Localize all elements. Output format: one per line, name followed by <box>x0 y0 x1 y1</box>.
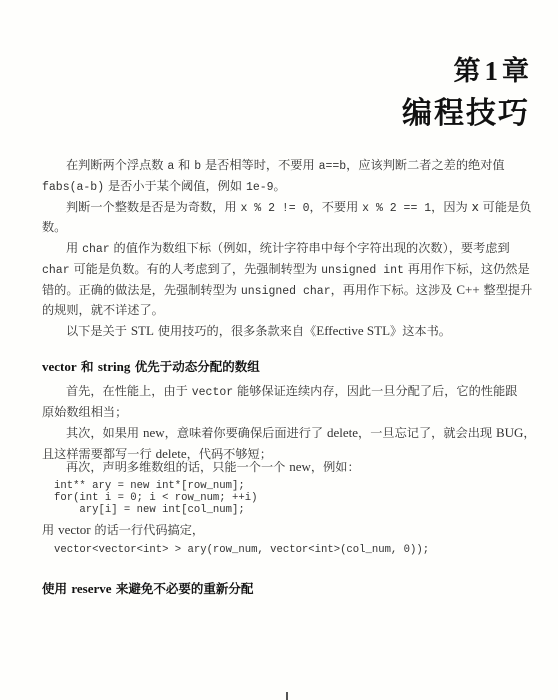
text: 使用技巧的，很多条款来自《 <box>154 324 316 338</box>
text: ，不要用 <box>310 200 363 214</box>
code-inline: unsigned char <box>241 285 331 298</box>
text: 其次，如果用 <box>66 426 143 440</box>
chapter-prefix: 第 <box>454 56 482 87</box>
paragraph-line: fabs(a-b) 是否小于某个阈值，例如 1e-9。 <box>42 178 286 196</box>
text: ， <box>523 426 535 440</box>
text-latin: BUG <box>496 425 523 440</box>
text-latin: reserve <box>71 581 111 596</box>
text: 是否小于某个阈值，例如 <box>104 179 246 193</box>
section-heading: vector 和 string 优先于动态分配的数组 <box>42 357 260 375</box>
text: 用 <box>66 241 82 255</box>
chapter-title: 编程技巧 <box>402 88 530 132</box>
text: 用 <box>42 523 58 537</box>
text: 能够保证连续内存，因此一旦分配了后，它的性能跟 <box>233 384 517 398</box>
text-latin: vector <box>42 359 77 374</box>
paragraph-line: 以下是关于 STL 使用技巧的，很多条款来自《Effective STL》这本书… <box>66 323 451 339</box>
text: 首先，在性能上，由于 <box>66 384 192 398</box>
text: 来避免不必要的重新分配 <box>112 581 254 596</box>
text: 可能是负数。有的人考虑到了，先强制转型为 <box>70 262 322 276</box>
text: 和 <box>77 359 98 374</box>
code-inline: fabs(a-b) <box>42 181 104 194</box>
text-latin: delete <box>327 425 358 440</box>
code-line: ary[i] = new int[col_num]; <box>54 504 245 517</box>
text-latin: STL <box>131 323 154 338</box>
paragraph-line: char 可能是负数。有的人考虑到了，先强制转型为 unsigned int 再… <box>42 261 530 279</box>
paragraph-line: 错的。正确的做法是，先强制转型为 unsigned char，再用作下标。这涉及… <box>42 282 532 300</box>
text-latin: vector <box>58 522 90 537</box>
code-inline: 1e-9 <box>246 181 274 194</box>
text: 。 <box>274 179 286 193</box>
paragraph-line: 其次，如果用 new，意味着你要确保后面进行了 delete，一旦忘记了，就会出… <box>66 425 536 441</box>
paragraph-line: 原始数组相当； <box>42 404 127 420</box>
book-title: Effective STL <box>316 323 390 338</box>
code-inline: char <box>82 243 110 256</box>
text: 再次，声明多维数组的话，只能一个一个 <box>66 460 289 474</box>
chapter-number: 第1章 <box>454 49 531 88</box>
code-inline: a==b <box>319 160 347 173</box>
section-heading: 使用 reserve 来避免不必要的重新分配 <box>42 579 253 597</box>
paragraph-line: 用 char 的值作为数组下标（例如，统计字符串中每个字符出现的次数），要考虑到 <box>66 240 510 258</box>
text-latin: string <box>98 359 131 374</box>
text: ，一旦忘记了，就会出现 <box>358 426 496 440</box>
text-latin: new <box>289 459 311 474</box>
chapter-number-value: 1 <box>485 56 500 86</box>
text: ，再用作下标。这涉及 <box>331 283 457 297</box>
paragraph-line: 在判断两个浮点数 a 和 b 是否相等时，不要用 a==b，应该判断二者之差的绝… <box>66 157 505 175</box>
paragraph-line: 判断一个整数是否是为奇数，用 x % 2 != 0，不要用 x % 2 == 1… <box>66 199 531 217</box>
code-inline: unsigned int <box>321 264 404 277</box>
text: 和 <box>174 158 194 172</box>
text-latin: new <box>143 425 165 440</box>
text: 判断一个整数是否是为奇数，用 <box>66 200 241 214</box>
paragraph-line: 的规则，就不详述了。 <box>42 302 164 318</box>
text: 优先于动态分配的数组 <box>130 359 259 374</box>
code-inline: x % 2 != 0 <box>241 202 310 215</box>
code-inline: vector <box>192 386 233 399</box>
text: 的值作为数组下标（例如，统计字符串中每个字符出现的次数），要考虑到 <box>110 241 510 255</box>
paragraph-line: 首先，在性能上，由于 vector 能够保证连续内存，因此一旦分配了后，它的性能… <box>66 383 517 401</box>
code-line: vector<vector<int> > ary(row_num, vector… <box>54 544 429 557</box>
text: ，意味着你要确保后面进行了 <box>165 426 327 440</box>
text: 的话一行代码搞定， <box>91 523 205 537</box>
page-edge-mark <box>286 692 288 700</box>
text: ，应该判断二者之差的绝对值 <box>346 158 504 172</box>
book-page: 第1章 编程技巧 在判断两个浮点数 a 和 b 是否相等时，不要用 a==b，应… <box>0 0 558 700</box>
paragraph-line: 数。 <box>42 219 66 235</box>
text: ，例如： <box>311 460 360 474</box>
code-inline: char <box>42 264 70 277</box>
text-latin: C++ <box>456 282 479 297</box>
text: 使用 <box>42 581 71 596</box>
text: 整型提升 <box>480 283 533 297</box>
paragraph-line: 再次，声明多维数组的话，只能一个一个 new，例如： <box>66 459 360 475</box>
text: 错的。正确的做法是，先强制转型为 <box>42 283 241 297</box>
text: 以下是关于 <box>66 324 131 338</box>
text: 是否相等时，不要用 <box>201 158 318 172</box>
code-inline: x % 2 == 1 <box>362 202 431 215</box>
chapter-suffix: 章 <box>502 56 530 87</box>
text: 》这本书。 <box>390 324 451 338</box>
text: 在判断两个浮点数 <box>66 158 167 172</box>
text: 再用作下标，这仍然是 <box>404 262 530 276</box>
paragraph-line: 用 vector 的话一行代码搞定， <box>42 522 204 538</box>
text: ，因为 x 可能是负 <box>431 200 531 214</box>
